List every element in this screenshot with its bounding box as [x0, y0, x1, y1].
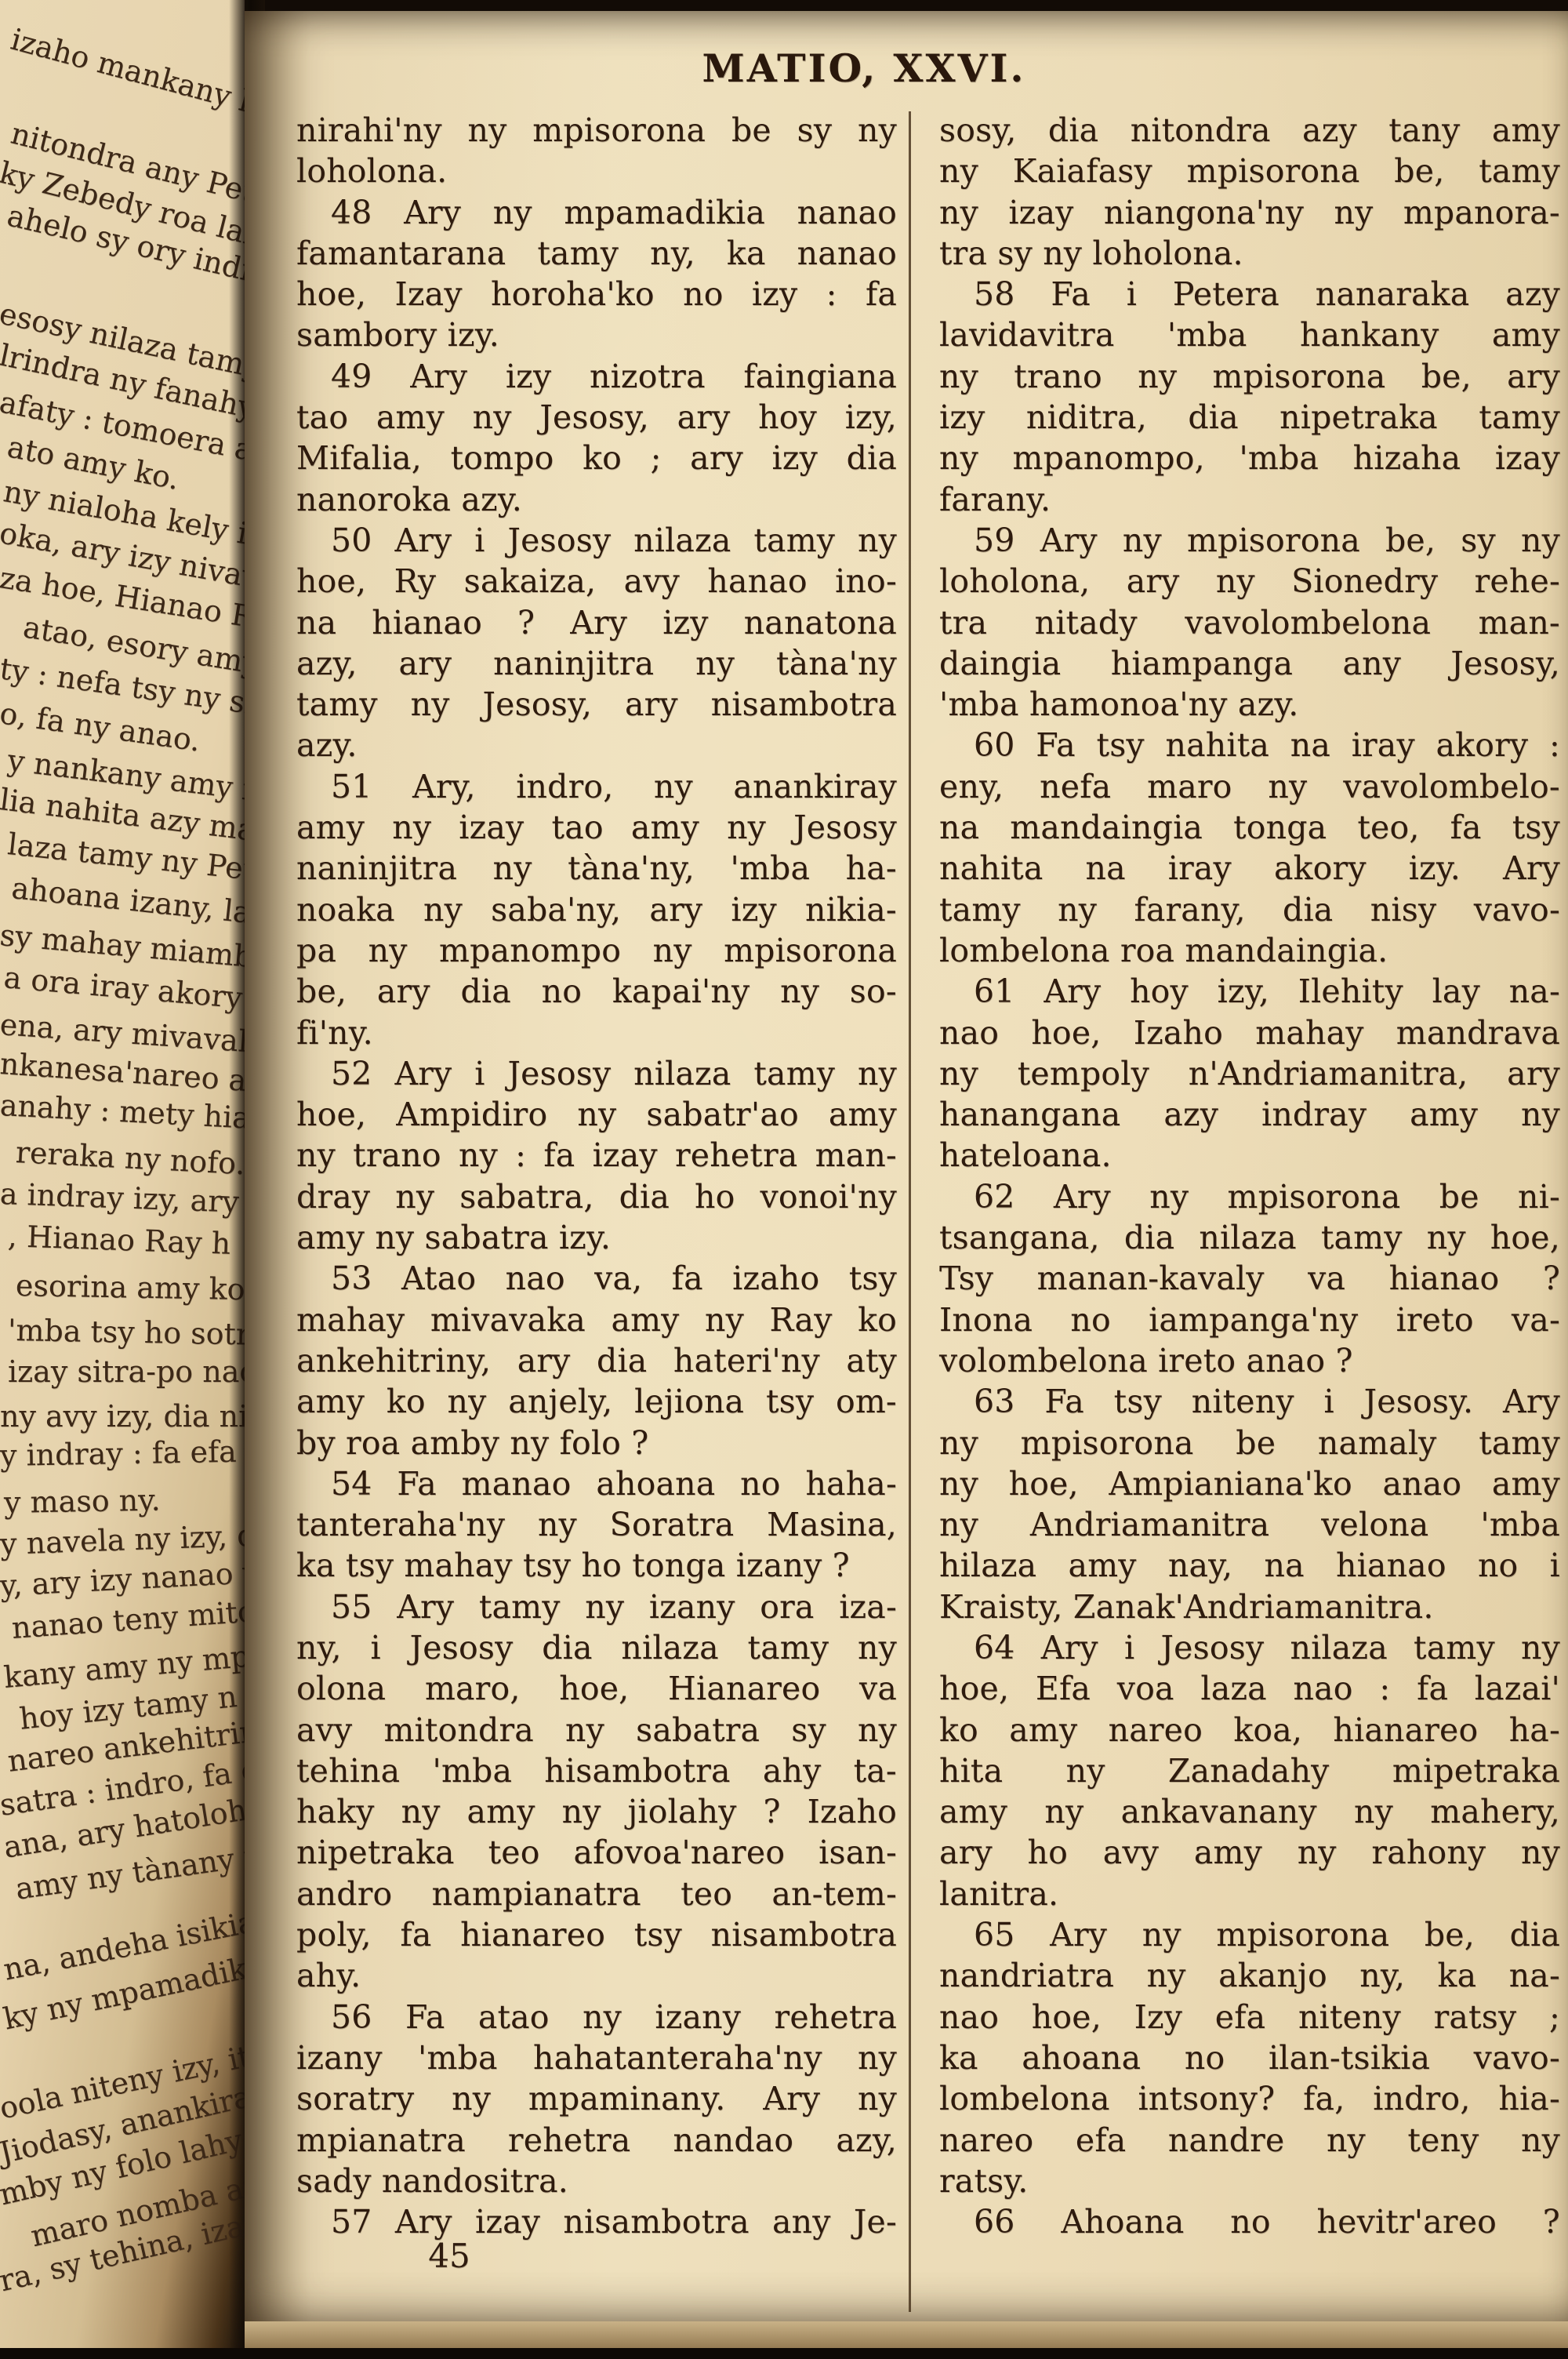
text-line: pa ny mpanompo ny mpisorona: [296, 930, 897, 971]
gutter-text-fragment: nanao teny mitor: [11, 1595, 245, 1643]
text-line: 53 Atao nao va, fa izaho tsy: [296, 1258, 897, 1299]
text-line: ka tsy mahay tsy ho tonga izany ?: [296, 1545, 897, 1586]
text-line: izany 'mba hahatanteraha'ny ny: [296, 2037, 897, 2078]
text-line: haky ny amy ny jiolahy ? Izaho: [296, 1791, 897, 1832]
text-line: nirahi'ny ny mpisorona be sy ny: [296, 110, 897, 151]
text-line: sosy, dia nitondra azy tany amy: [939, 110, 1560, 151]
text-column-left: nirahi'ny ny mpisorona be sy nyloholona.…: [296, 110, 897, 2242]
text-line: 52 Ary i Jesosy nilaza tamy ny: [296, 1053, 897, 1094]
text-line: hanangana azy indray amy ny: [939, 1094, 1560, 1135]
text-line: mpianatra rehetra nandao azy,: [296, 2120, 897, 2161]
gutter-text-fragment: y, ary izy nanao v: [0, 1558, 245, 1601]
gutter-text-fragment: ny avy izy, dia nil: [0, 1401, 245, 1431]
text-line: 49 Ary izy nizotra faingiana: [296, 356, 897, 397]
text-line: ny, i Jesosy dia nilaza tamy ny: [296, 1627, 897, 1668]
text-line: ny trano ny : fa izay rehetra man-: [296, 1135, 897, 1176]
text-line: hateloana.: [939, 1135, 1560, 1176]
text-line: na hianao ? Ary izy nanatona: [296, 602, 897, 643]
text-line: azy, ary naninjitra ny tàna'ny: [296, 643, 897, 684]
text-line: hoe, Izay horoha'ko no izy : fa: [296, 274, 897, 314]
text-line: ny tempoly n'Andriamanitra, ary: [939, 1053, 1560, 1094]
text-line: tra nitady vavolombelona man-: [939, 602, 1560, 643]
gutter-text-fragment: a indray izy, ary n: [0, 1179, 245, 1218]
text-line: hita ny Zanadahy mipetraka: [939, 1750, 1560, 1791]
text-line: izy niditra, dia nipetraka tamy: [939, 397, 1560, 438]
text-line: eny, nefa maro ny vavolombelo-: [939, 766, 1560, 807]
text-line: tanteraha'ny ny Soratra Masina,: [296, 1504, 897, 1545]
text-line: lombelona intsony? fa, indro, hia-: [939, 2078, 1560, 2119]
text-line: naninjitra ny tàna'ny, 'mba ha-: [296, 848, 897, 889]
gutter-text-fragment: reraka ny nofo.: [15, 1137, 245, 1179]
text-line: Mifalia, tompo ko ; ary izy dia: [296, 438, 897, 478]
text-line: 51 Ary, indro, ny anankiray: [296, 766, 897, 807]
text-line: tsangana, dia nilaza tamy ny hoe,: [939, 1217, 1560, 1258]
text-line: ny trano ny mpisorona be, ary: [939, 356, 1560, 397]
text-line: mahay mivavaka amy ny Ray ko: [296, 1299, 897, 1340]
text-line: ny hoe, Ampianiana'ko anao amy: [939, 1463, 1560, 1504]
facing-page-edge: izaho mankany hirnitondra any Peteky Zeb…: [0, 0, 245, 2359]
text-line: by roa amby ny folo ?: [296, 1423, 897, 1463]
text-line: 63 Fa tsy niteny i Jesosy. Ary: [939, 1381, 1560, 1422]
text-line: ratsy.: [939, 2161, 1560, 2201]
column-divider: [909, 111, 911, 2312]
text-line: na mandaingia tonga teo, fa tsy: [939, 807, 1560, 848]
bottom-page-edge: [245, 2321, 1568, 2348]
gutter-text-fragment: y navela ny izy, di: [0, 1520, 245, 1559]
text-line: loholona, ary ny Sionedry rehe-: [939, 561, 1560, 602]
text-line: olona maro, hoe, Hianareo va: [296, 1668, 897, 1709]
text-line: nao hoe, Izaho mahay mandrava: [939, 1012, 1560, 1053]
gutter-text-fragment: esorina amy ko h: [16, 1270, 245, 1305]
gutter-text-fragment: izay sitra-po nao: [8, 1357, 245, 1387]
text-line: tamy ny farany, dia nisy vavo-: [939, 889, 1560, 930]
text-line: loholona.: [296, 151, 897, 191]
text-line: 59 Ary ny mpisorona be, sy ny: [939, 520, 1560, 561]
text-line: amy ny sabatra izy.: [296, 1217, 897, 1258]
text-line: hoe, Efa voa laza nao : fa lazai': [939, 1668, 1560, 1709]
gutter-text-fragment: anahy : mety hian: [0, 1090, 245, 1134]
gutter-text-fragment: y maso ny.: [4, 1485, 161, 1518]
text-line: ko amy nareo koa, hianareo ha-: [939, 1710, 1560, 1750]
text-line: nipetraka teo afovoa'nareo isan-: [296, 1832, 897, 1873]
text-line: 62 Ary ny mpisorona be ni-: [939, 1176, 1560, 1217]
text-line: lombelona roa mandaingia.: [939, 930, 1560, 971]
gutter-text-fragment: , Hianao Ray h: [7, 1221, 231, 1259]
text-line: amy ny ankavanany ny mahery,: [939, 1791, 1560, 1832]
text-line: tra sy ny loholona.: [939, 233, 1560, 274]
text-line: nahita na iray akory izy. Ary: [939, 848, 1560, 889]
text-line: 65 Ary ny mpisorona be, dia: [939, 1914, 1560, 1955]
text-line: sady nandositra.: [296, 2161, 897, 2201]
text-line: be, ary dia no kapai'ny ny so-: [296, 971, 897, 1012]
text-line: 64 Ary i Jesosy nilaza tamy ny: [939, 1627, 1560, 1668]
text-line: noaka ny saba'ny, ary izy nikia-: [296, 889, 897, 930]
text-line: amy ny izay tao amy ny Jesosy: [296, 807, 897, 848]
book-photograph: { "book_page": { "running_header": "MATI…: [0, 0, 1568, 2359]
main-page: MATIO, XXVI. nirahi'ny ny mpisorona be s…: [245, 11, 1568, 2321]
text-line: 56 Fa atao ny izany rehetra: [296, 1997, 897, 2037]
text-line: amy ko ny anjely, lejiona tsy om-: [296, 1381, 897, 1422]
text-line: 66 Ahoana no hevitr'areo ?: [939, 2201, 1560, 2242]
text-line: 50 Ary i Jesosy nilaza tamy ny: [296, 520, 897, 561]
text-line: hilaza amy nay, na hianao no i: [939, 1545, 1560, 1586]
text-line: 61 Ary hoy izy, Ilehity lay na-: [939, 971, 1560, 1012]
text-line: famantarana tamy ny, ka nanao: [296, 233, 897, 274]
text-column-right: sosy, dia nitondra azy tany amyny Kaiafa…: [939, 110, 1560, 2242]
gutter-text-fragment: y indray : fa efa n: [0, 1436, 245, 1470]
text-line: ny mpanompo, 'mba hizaha izay: [939, 438, 1560, 478]
text-line: 57 Ary izay nisambotra any Je-: [296, 2201, 897, 2242]
text-line: sambory izy.: [296, 314, 897, 355]
text-line: nanoroka azy.: [296, 479, 897, 520]
text-line: tehina 'mba hisambotra ahy ta-: [296, 1750, 897, 1791]
text-line: hoe, Ampidiro ny sabatr'ao amy: [296, 1094, 897, 1135]
photo-border-bottom: [0, 2348, 1568, 2359]
text-line: Tsy manan-kavaly va hianao ?: [939, 1258, 1560, 1299]
text-line: hoe, Ry sakaiza, avy hanao ino-: [296, 561, 897, 602]
text-line: poly, fa hianareo tsy nisambotra: [296, 1914, 897, 1955]
text-line: ahy.: [296, 1955, 897, 1996]
text-line: tamy ny Jesosy, ary nisambotra: [296, 684, 897, 725]
text-line: volombelona ireto anao ?: [939, 1340, 1560, 1381]
text-line: andro nampianatra teo an-tem-: [296, 1874, 897, 1914]
text-line: 55 Ary tamy ny izany ora iza-: [296, 1587, 897, 1627]
running-header: MATIO, XXVI.: [550, 45, 1178, 91]
text-line: lanitra.: [939, 1874, 1560, 1914]
text-line: ary ho avy amy ny rahony ny: [939, 1832, 1560, 1873]
gutter-text-fragment: izaho mankany hir: [8, 24, 245, 125]
text-line: ny Andriamanitra velona 'mba: [939, 1504, 1560, 1545]
text-line: ny mpisorona be namaly tamy: [939, 1423, 1560, 1463]
text-line: ny izay niangona'ny ny mpanora-: [939, 192, 1560, 233]
text-line: soratry ny mpaminany. Ary ny: [296, 2078, 897, 2119]
page-number: 45: [398, 2237, 500, 2275]
text-line: azy.: [296, 725, 897, 765]
text-line: tao amy ny Jesosy, ary hoy izy,: [296, 397, 897, 438]
text-line: Inona no iampanga'ny ireto va-: [939, 1299, 1560, 1340]
text-line: dray ny sabatra, dia ho vonoi'ny: [296, 1176, 897, 1217]
text-line: avy mitondra ny sabatra sy ny: [296, 1710, 897, 1750]
text-line: Kraisty, Zanak'Andriamanitra.: [939, 1587, 1560, 1627]
text-line: fi'ny.: [296, 1012, 897, 1053]
text-line: 48 Ary ny mpamadikia nanao: [296, 192, 897, 233]
text-line: lavidavitra 'mba hankany amy: [939, 314, 1560, 355]
text-line: 58 Fa i Petera nanaraka azy: [939, 274, 1560, 314]
text-line: ankehitriny, ary dia hateri'ny aty: [296, 1340, 897, 1381]
text-line: 'mba hamonoa'ny azy.: [939, 684, 1560, 725]
text-line: nandriatra ny akanjo ny, ka na-: [939, 1955, 1560, 1996]
text-line: farany.: [939, 479, 1560, 520]
text-line: daingia hiampanga any Jesosy,: [939, 643, 1560, 684]
gutter-text-fragment: 'mba tsy ho sotr: [8, 1315, 245, 1349]
text-line: 60 Fa tsy nahita na iray akory :: [939, 725, 1560, 765]
text-line: nareo efa nandre ny teny ny: [939, 2120, 1560, 2161]
text-line: ka ahoana no ilan-tsikia vavo-: [939, 2037, 1560, 2078]
text-line: ny Kaiafasy mpisorona be, tamy: [939, 151, 1560, 191]
text-line: 54 Fa manao ahoana no haha-: [296, 1463, 897, 1504]
text-line: nao hoe, Izy efa niteny ratsy ;: [939, 1997, 1560, 2037]
